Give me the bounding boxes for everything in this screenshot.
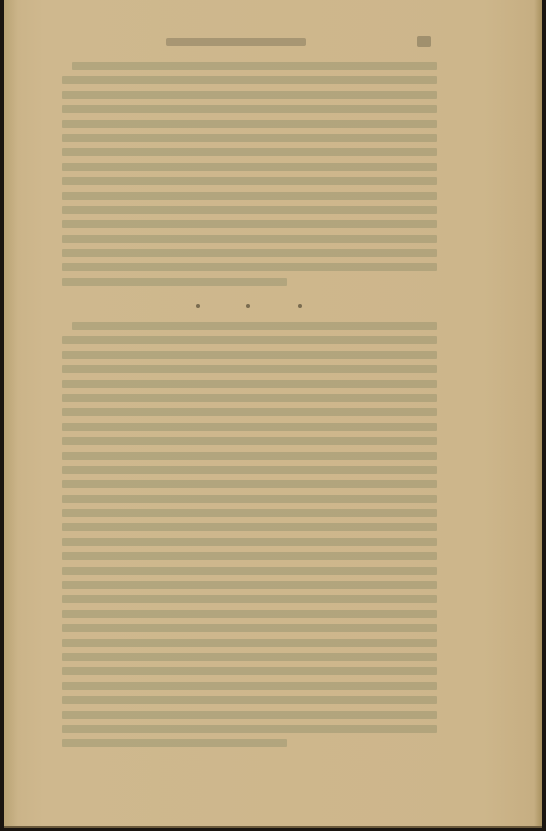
text-line [62,380,437,388]
text-line [62,394,437,402]
text-line [62,682,437,690]
text-line [62,523,437,531]
page-number [417,36,431,47]
text-line [62,120,437,128]
text-line [62,610,437,618]
text-line [62,466,437,474]
text-line [62,235,437,243]
text-line [62,595,437,603]
header-title [166,38,306,46]
text-line [62,711,437,719]
section-break [4,302,542,312]
text-line [62,336,437,344]
section-break-dot [196,304,200,308]
book-page [4,0,542,828]
text-line [62,653,437,661]
text-line [62,220,437,228]
text-line [62,581,437,589]
text-line [72,322,437,330]
text-line [62,509,437,517]
text-line [62,696,437,704]
text-block-2 [62,322,437,754]
text-line [62,423,437,431]
text-line [62,148,437,156]
text-line [62,725,437,733]
text-line [62,437,437,445]
text-line [62,567,437,575]
text-line [62,739,287,747]
text-line [62,278,287,286]
section-break-dot [246,304,250,308]
text-line [62,91,437,99]
text-line [62,134,437,142]
text-line [62,192,437,200]
text-line [62,452,437,460]
text-line [62,667,437,675]
text-line [62,263,437,271]
text-line [62,76,437,84]
text-line [62,105,437,113]
text-line [62,538,437,546]
text-line [62,351,437,359]
text-line [62,249,437,257]
text-line [72,62,437,70]
text-line [62,552,437,560]
text-line [62,480,437,488]
text-line [62,163,437,171]
text-line [62,206,437,214]
running-header [4,32,542,52]
text-line [62,624,437,632]
text-line [62,365,437,373]
text-line [62,639,437,647]
section-break-dot [298,304,302,308]
text-block-1 [62,62,437,292]
text-line [62,495,437,503]
text-line [62,408,437,416]
text-line [62,177,437,185]
